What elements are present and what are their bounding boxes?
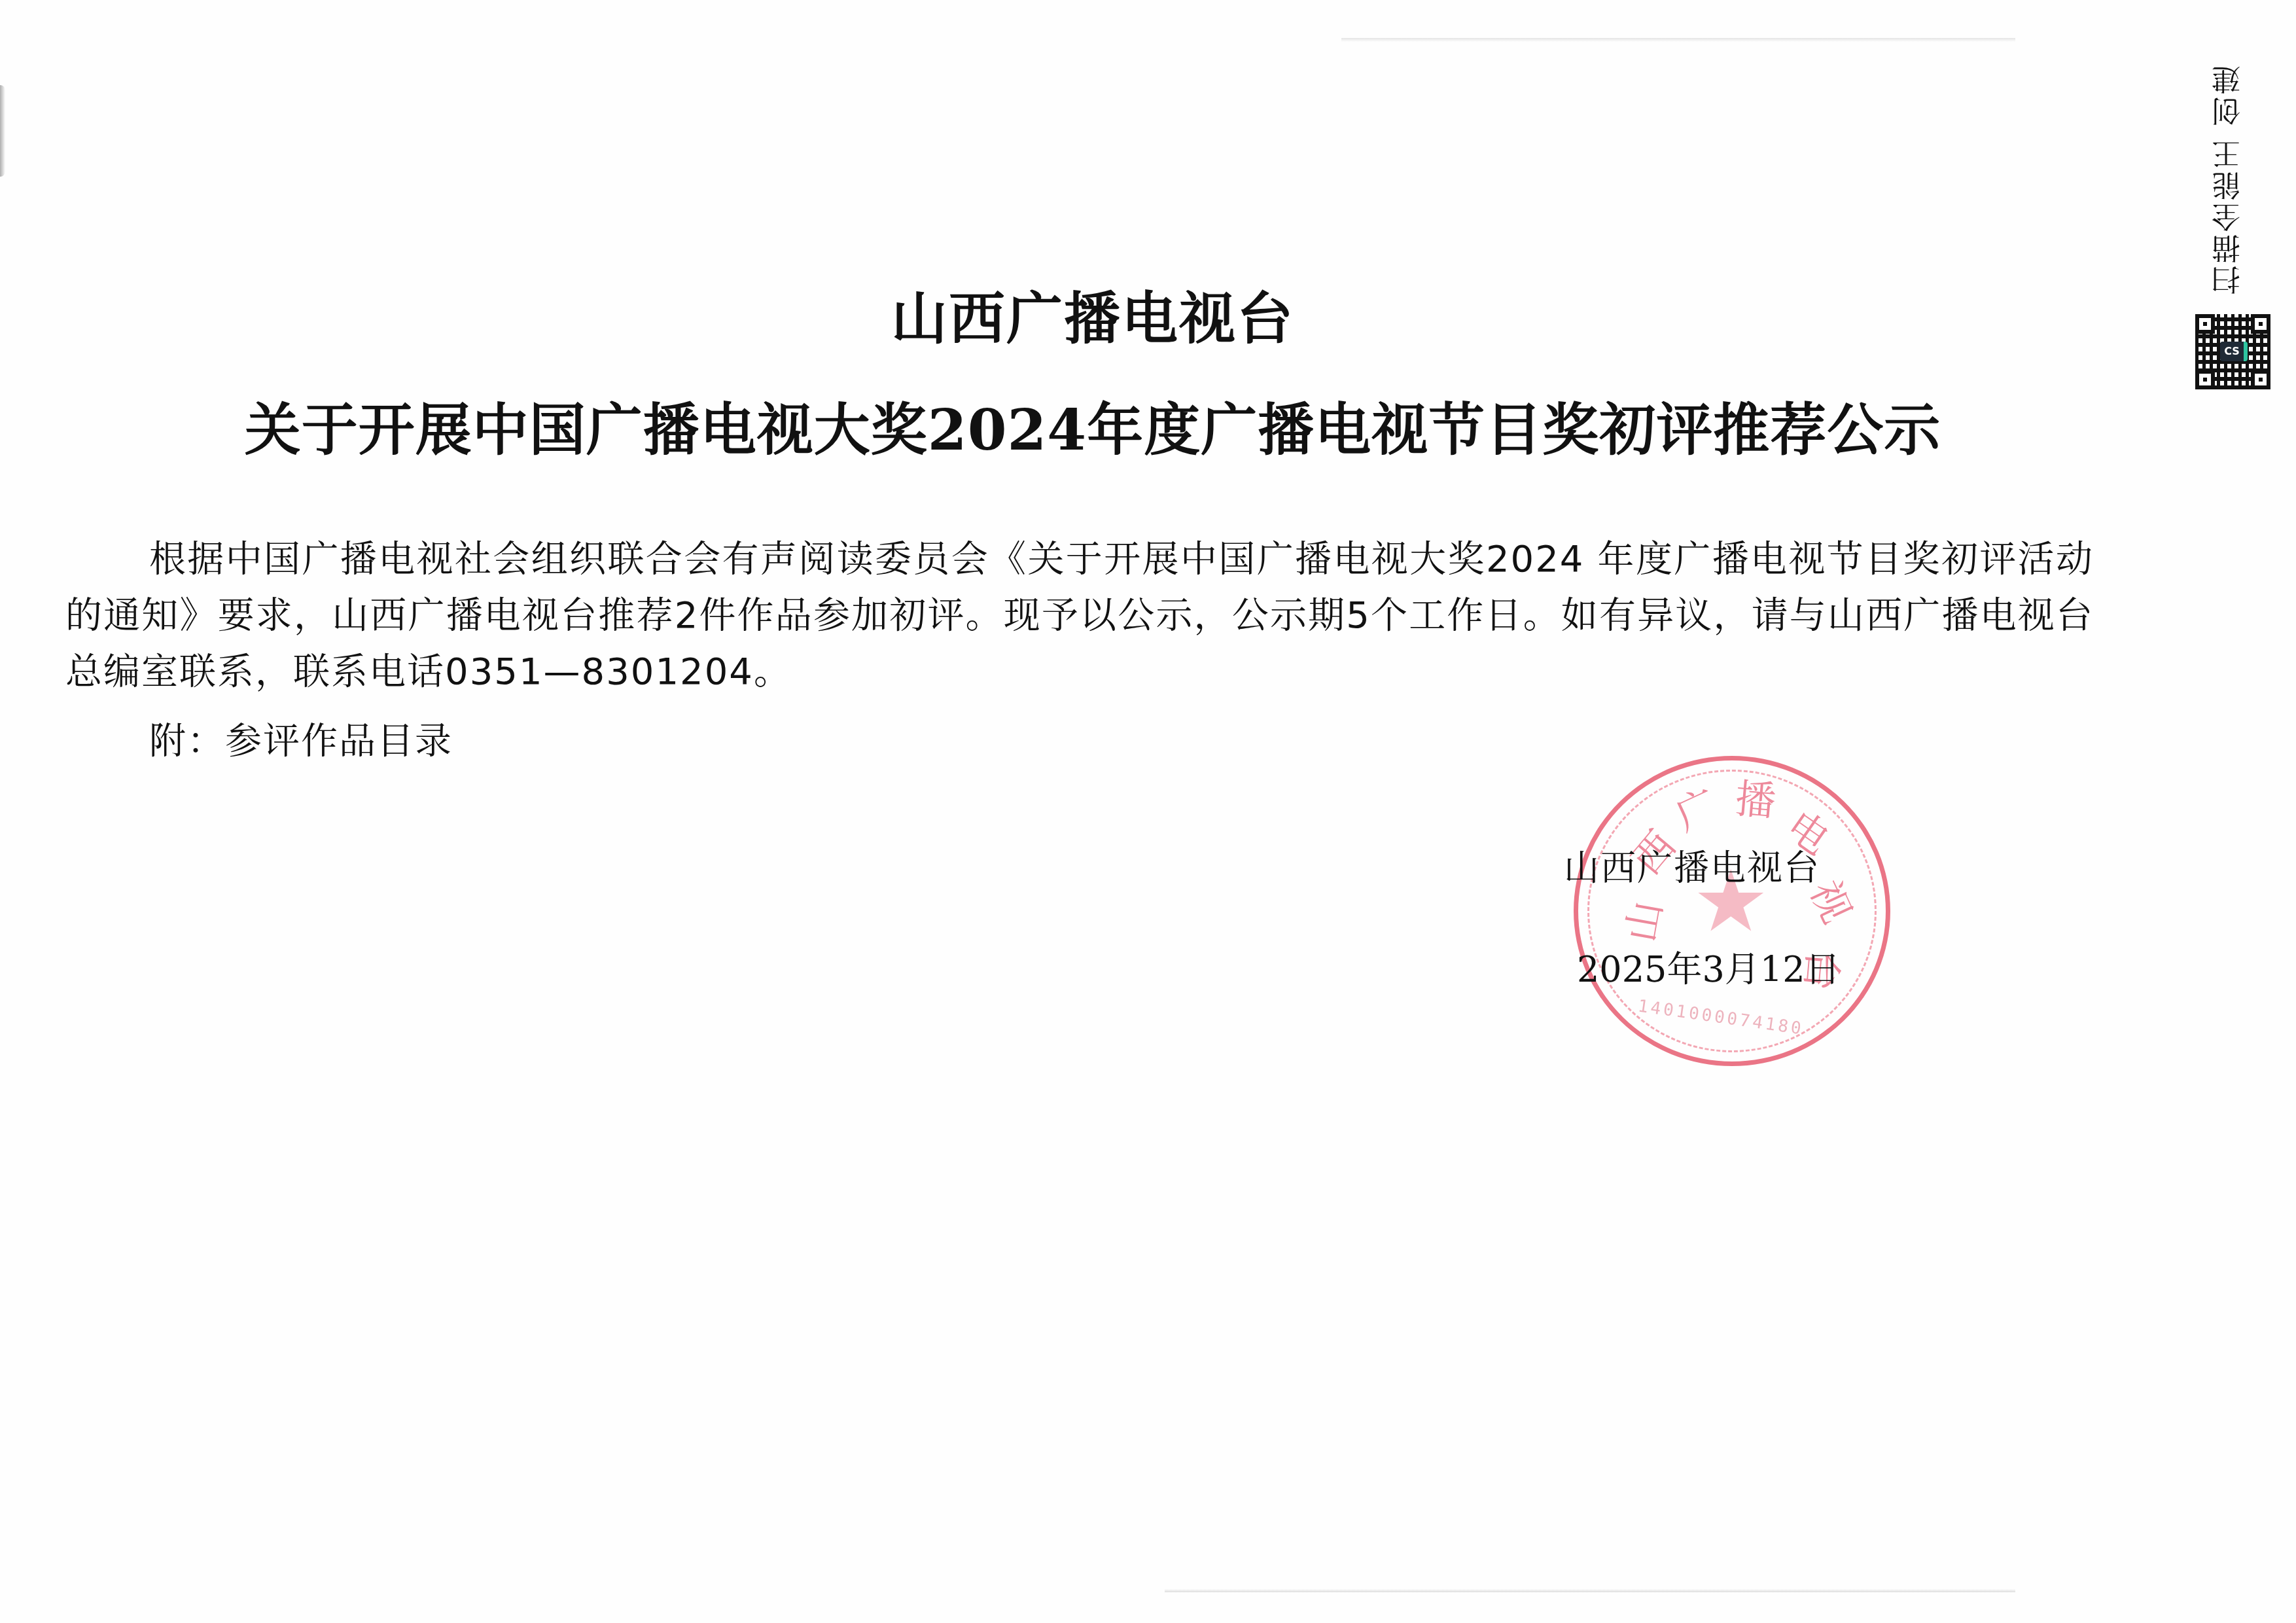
seal-char: 播	[1733, 778, 1777, 822]
document-title-org: 山西广播电视台	[0, 291, 2185, 348]
qr-code-icon: CS	[2195, 314, 2270, 389]
qr-finder	[2195, 314, 2215, 334]
scan-edge-bottom	[1165, 1589, 2015, 1592]
attachment-line: 附：参评作品目录	[149, 713, 453, 770]
qr-finder	[2251, 314, 2270, 334]
scan-edge-top	[1341, 38, 2015, 42]
scanner-watermark: 扫描全能王 创建 CS	[2195, 26, 2274, 406]
qr-finder	[2251, 370, 2270, 389]
scan-edge-left	[0, 85, 5, 177]
document-title-main: 关于开展中国广播电视大奖2024年度广播电视节目奖初评推荐公示	[0, 402, 2185, 459]
document-body-paragraph: 根据中国广播电视社会组织联合会有声阅读委员会《关于开展中国广播电视大奖2024 …	[65, 531, 2094, 700]
qr-finder	[2195, 370, 2215, 389]
signature-org: 山西广播电视台	[1564, 851, 1820, 886]
signature-date: 2025年3月12日	[1577, 952, 1841, 988]
watermark-text: 扫描全能王 创建	[2208, 33, 2250, 294]
seal-char: 山	[1621, 898, 1668, 945]
official-seal: 山 西 广 播 电 视 台 ★ 1401000074180	[1574, 756, 1890, 1066]
camscanner-logo-icon: CS	[2220, 342, 2248, 361]
